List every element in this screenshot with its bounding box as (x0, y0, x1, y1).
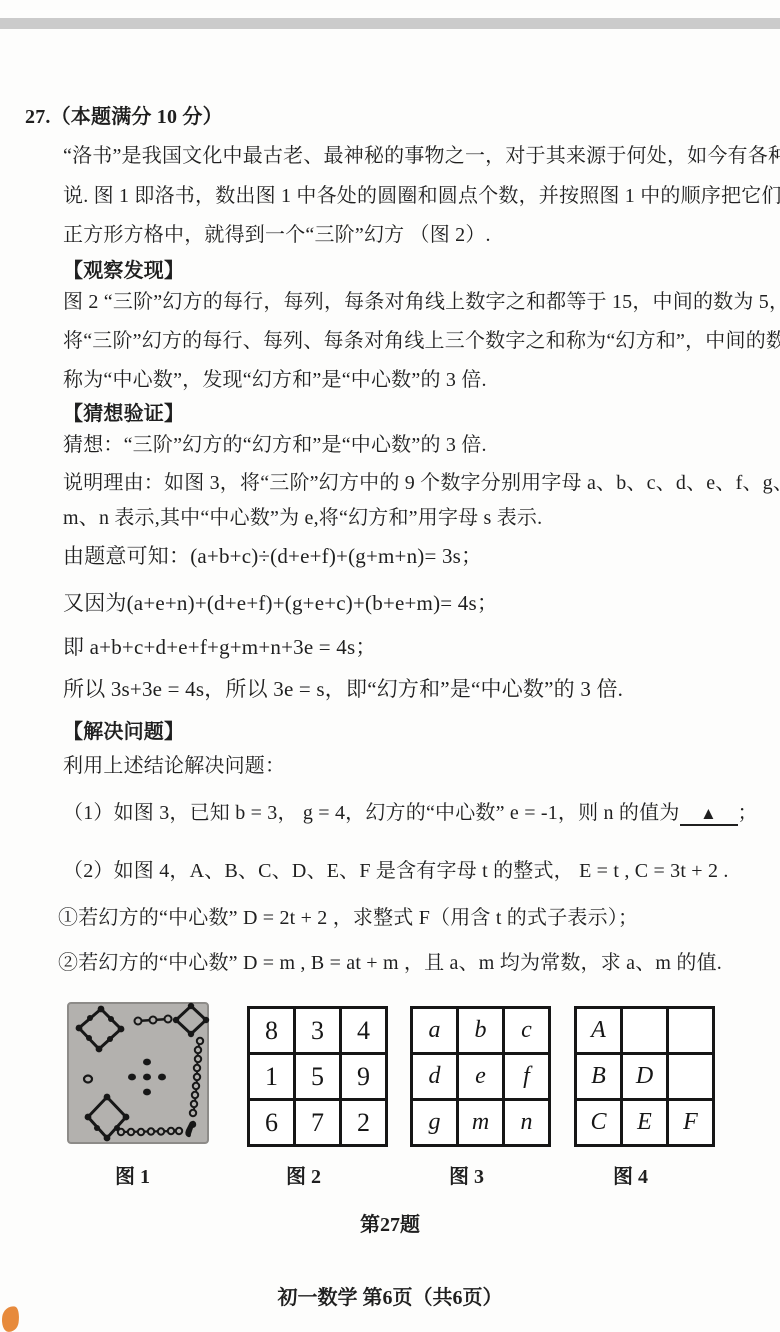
fig3-cell: a (413, 1009, 456, 1052)
equation-2: 又因为(a+e+n)+(d+e+f)+(g+e+c)+(b+e+m)= 4s； (63, 590, 768, 616)
fig3-cell: d (413, 1055, 456, 1098)
observe-line-3: 称为“中心数”，发现“幻方和”是“中心数”的 3 倍. (63, 367, 768, 393)
fig4-cell: C (577, 1101, 620, 1144)
intro-line-3: 正方形方格中，就得到一个“三阶”幻方 （图 2）. (63, 222, 768, 248)
problem-1-text: （1）如图 3，已知 b = 3， g = 4，幻方的“中心数” e = -1，… (63, 802, 680, 824)
answer-blank: ▲ (680, 804, 738, 826)
fig3-cell: g (413, 1101, 456, 1144)
fig3-cell: m (459, 1101, 502, 1144)
fig3-cell: c (505, 1009, 548, 1052)
fig2-caption: 图 2 (286, 1160, 321, 1189)
fig3-cell: e (459, 1055, 502, 1098)
guess-line-1: 猜想：“三阶”幻方的“幻方和”是“中心数”的 3 倍. (63, 432, 768, 458)
guess-line-2: 说明理由：如图 3，将“三阶”幻方中的 9 个数字分别用字母 a、b、c、d、e… (63, 470, 768, 496)
problem-2-line: （2）如图 4，A、B、C、D、E、F 是含有字母 t 的整式， E = t ,… (63, 858, 768, 884)
fig3-cell: b (459, 1009, 502, 1052)
triangle-answer-mark: ▲ (700, 804, 717, 823)
fig2-cell: 6 (250, 1101, 293, 1144)
fig4-cell: E (623, 1101, 666, 1144)
fig4-cell: A (577, 1009, 620, 1052)
section-heading-observe: 【观察发现】 (63, 258, 768, 284)
fig3-caption: 图 3 (449, 1160, 484, 1189)
fig3-cell: n (505, 1101, 548, 1144)
solve-intro-line: 利用上述结论解决问题： (63, 753, 768, 779)
question-title: 27.（本题满分 10 分） (25, 104, 730, 130)
equation-3: 即 a+b+c+d+e+f+g+m+n+3e = 4s； (63, 634, 768, 660)
fig2-cell: 4 (342, 1009, 385, 1052)
fig2-cell: 2 (342, 1101, 385, 1144)
fig2-cell: 9 (342, 1055, 385, 1098)
fig2-cell: 8 (250, 1009, 293, 1052)
guess-line-3: m、n 表示,其中“中心数”为 e,将“幻方和”用字母 s 表示. (63, 505, 768, 531)
observe-line-1: 图 2 “三阶”幻方的每行，每列，每条对角线上数字之和都等于 15，中间的数为 … (63, 289, 768, 315)
intro-line-2: 说. 图 1 即洛书，数出图 1 中各处的圆圈和圆点个数，并按照图 1 中的顺序… (63, 183, 768, 209)
fig4-cell: F (669, 1101, 712, 1144)
fig3-cell: f (505, 1055, 548, 1098)
fig4-cell: D (623, 1055, 666, 1098)
problem-2-sub1-line: ①若幻方的“中心数” D = 2t + 2 ，求整式 F（用含 t 的式子表示）… (58, 905, 763, 931)
fig4-cell (669, 1055, 712, 1098)
equation-4: 所以 3s+3e = 4s，所以 3e = s，即“幻方和”是“中心数”的 3 … (63, 676, 768, 702)
fig4-caption: 图 4 (613, 1160, 648, 1189)
fig1-caption: 图 1 (115, 1160, 150, 1189)
scan-artifact-band (0, 18, 780, 29)
fig4-cell (669, 1009, 712, 1052)
magic-square-numbers: 8 3 4 1 5 9 6 7 2 (247, 1006, 388, 1147)
magic-square-letters-lower: a b c d e f g m n (410, 1006, 551, 1147)
problem-2-sub2-line: ②若幻方的“中心数” D = m , B = at + m ，且 a、m 均为常… (58, 950, 763, 976)
fig2-cell: 1 (250, 1055, 293, 1098)
equation-1: 由题意可知：(a+b+c)÷(d+e+f)+(g+m+n)= 3s； (63, 543, 768, 569)
problem-1-suffix: ； (738, 802, 758, 824)
magic-square-letters-upper: A B D C E F (574, 1006, 715, 1147)
section-heading-guess: 【猜想验证】 (63, 401, 768, 427)
luoshu-diagram (65, 1000, 211, 1146)
intro-line-1: “洛书”是我国文化中最古老、最神秘的事物之一，对于其来源于何处，如今有各种传 (63, 143, 768, 169)
page-footer: 初一数学 第6页（共6页） (0, 1281, 780, 1310)
fig2-cell: 5 (296, 1055, 339, 1098)
section-heading-solve: 【解决问题】 (63, 719, 768, 745)
fig4-cell (623, 1009, 666, 1052)
fig2-cell: 3 (296, 1009, 339, 1052)
problem-1-line: （1）如图 3，已知 b = 3， g = 4，幻方的“中心数” e = -1，… (63, 800, 768, 826)
luoshu-diagram-svg (65, 1000, 211, 1146)
observe-line-2: 将“三阶”幻方的每行、每列、每条对角线上三个数字之和称为“幻方和”，中间的数 (63, 328, 768, 354)
fig4-cell: B (577, 1055, 620, 1098)
problem-number-label: 第27题 (0, 1208, 780, 1237)
fig2-cell: 7 (296, 1101, 339, 1144)
